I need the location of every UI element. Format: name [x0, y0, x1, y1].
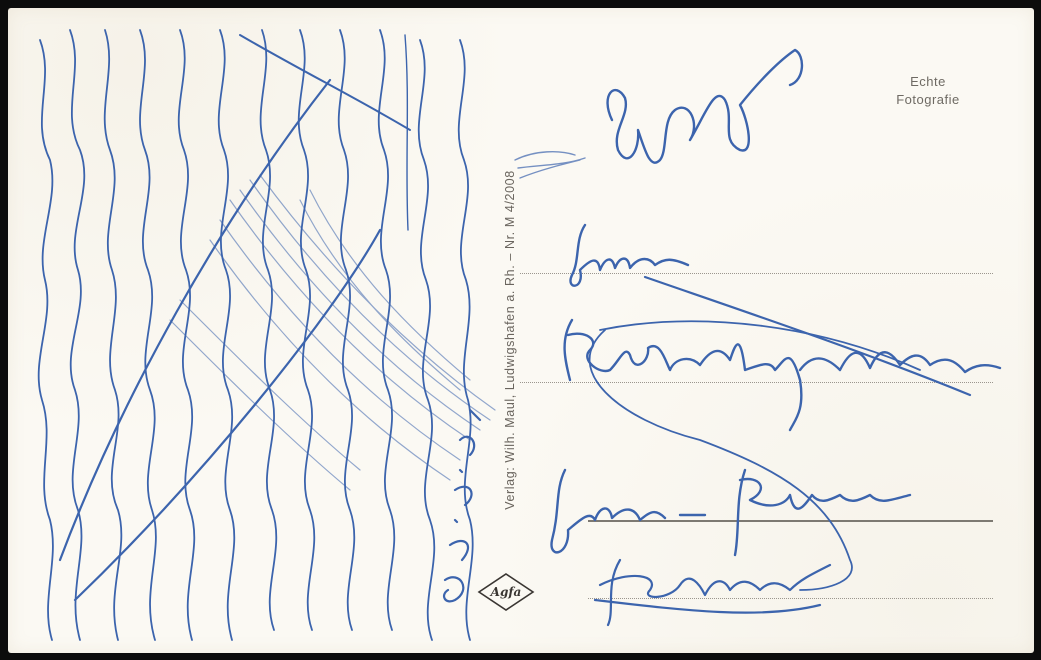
agfa-logo-icon: Agfa: [477, 572, 535, 612]
address-salutation: Herrn: [0, 0, 1, 1]
agfa-logo-text: Agfa: [490, 585, 522, 599]
address-line-4: [588, 598, 993, 599]
photo-label-line1: Echte: [878, 73, 978, 91]
handwritten-address: Herrn Robert Schindler Speyer - Rhein Po…: [0, 0, 1, 1]
address-line-3: [588, 520, 993, 522]
photo-paper-label: Echte Fotografie: [878, 73, 978, 109]
address-line-2: [520, 382, 993, 383]
photo-label-line2: Fotografie: [878, 91, 978, 109]
publisher-imprint: Verlag: Wilh. Maul, Ludwigshafen a. Rh. …: [503, 170, 517, 510]
postcard-back: Echte Fotografie: [8, 8, 1034, 653]
address-line-1: [520, 273, 993, 274]
